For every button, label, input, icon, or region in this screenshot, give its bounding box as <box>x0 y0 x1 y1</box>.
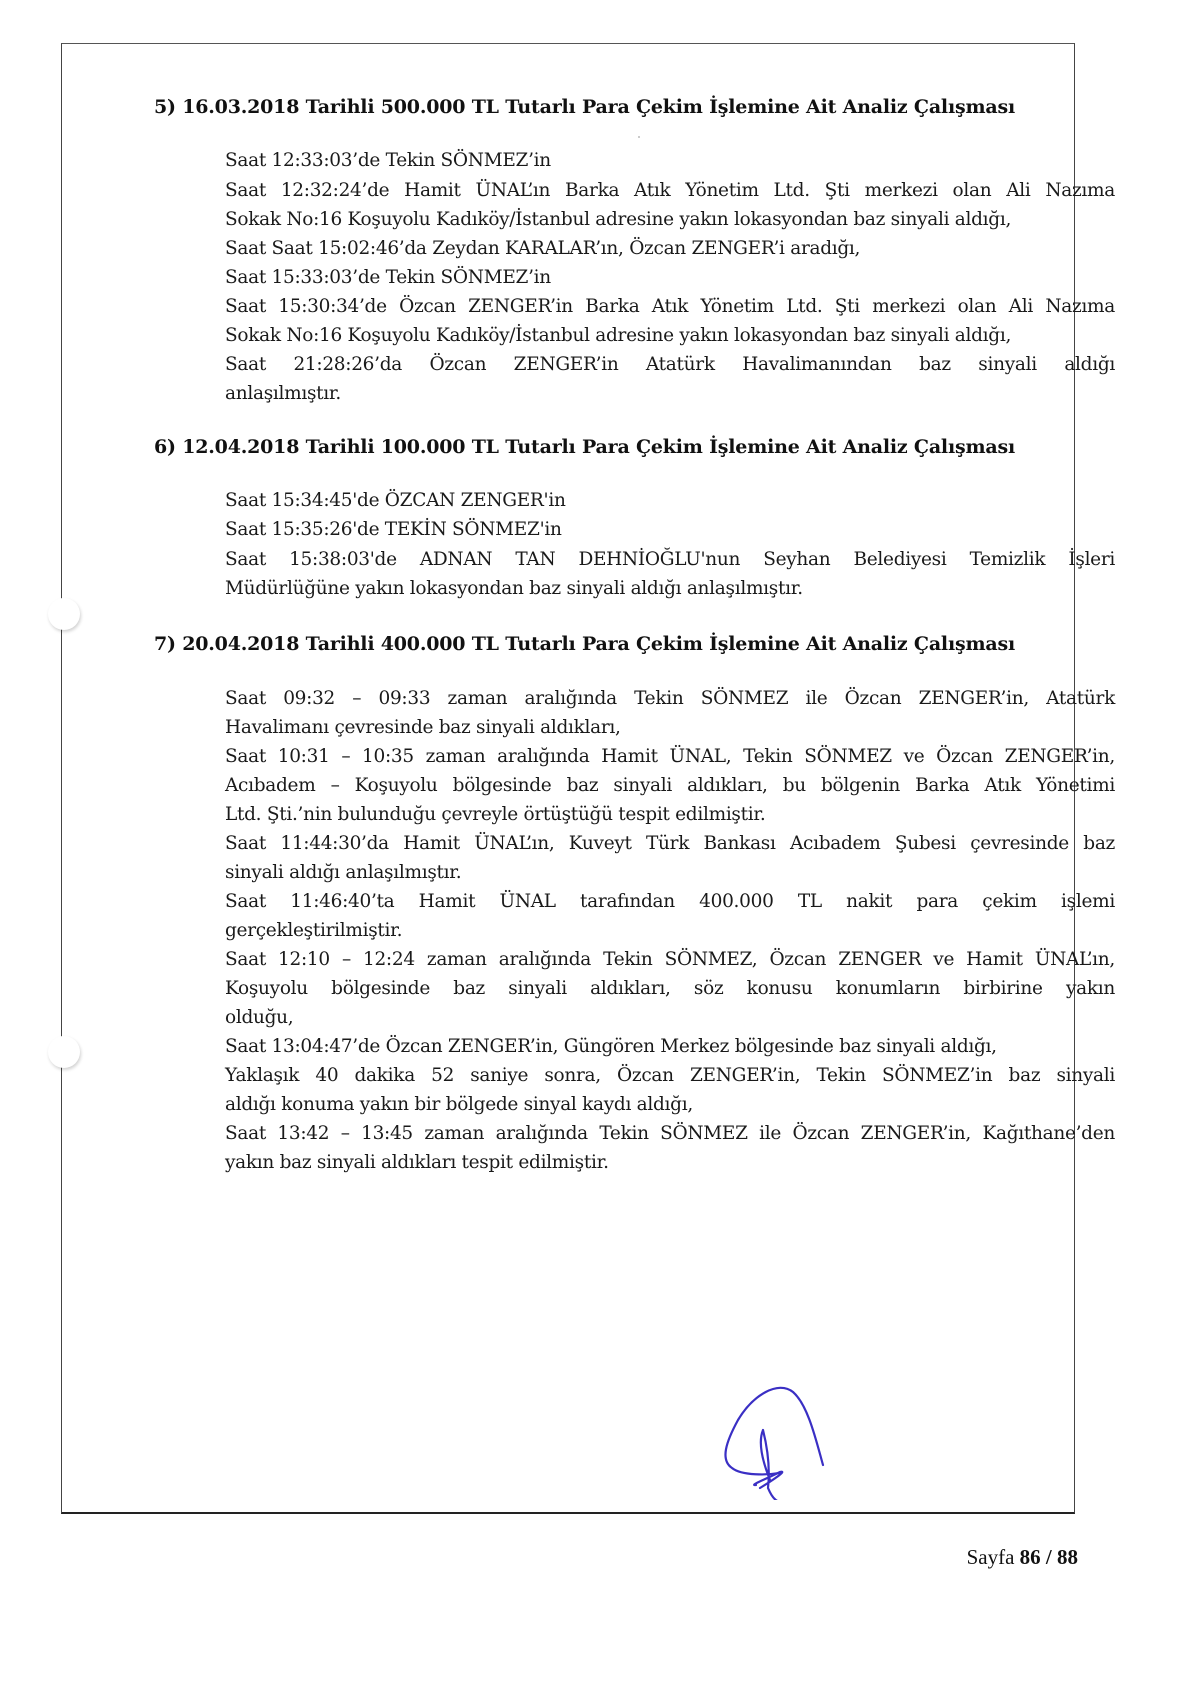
body-line: Müdürlüğüne yakın lokasyondan baz sinyal… <box>225 578 1115 599</box>
body-line: Saat 13:04:47’de Özcan ZENGER’in, Güngör… <box>225 1036 1115 1057</box>
body-line: Yaklaşık 40 dakika 52 saniye sonra, Özca… <box>225 1065 1115 1086</box>
body-line: Saat 15:38:03'de ADNAN TAN DEHNİOĞLU'nun… <box>225 549 1115 570</box>
body-line: aldığı konuma yakın bir bölgede sinyal k… <box>225 1094 1115 1115</box>
body-line: Saat 13:42 – 13:45 zaman aralığında Teki… <box>225 1123 1115 1144</box>
section-heading-5: 5) 16.03.2018 Tarihli 500.000 TL Tutarlı… <box>154 96 1015 118</box>
body-line: Saat 12:10 – 12:24 zaman aralığında Teki… <box>225 949 1115 970</box>
body-line: olduğu, <box>225 1007 1115 1028</box>
body-line: Ltd. Şti.’nin bulunduğu çevreyle örtüştü… <box>225 804 1115 825</box>
body-line: sinyali aldığı anlaşılmıştır. <box>225 862 1115 883</box>
body-line: Sokak No:16 Koşuyolu Kadıköy/İstanbul ad… <box>225 209 1115 230</box>
body-line: Havalimanı çevresinde baz sinyali aldıkl… <box>225 717 1115 738</box>
page-separator: / <box>1046 1545 1052 1569</box>
body-line: Saat 15:35:26'de TEKİN SÖNMEZ'in <box>225 519 1115 540</box>
body-line: gerçekleştirilmiştir. <box>225 920 1115 941</box>
page-number-footer: Sayfa 86 / 88 <box>967 1545 1078 1570</box>
body-line: anlaşılmıştır. <box>225 383 1115 404</box>
body-line: Saat Saat 15:02:46’da Zeydan KARALAR’ın,… <box>225 238 1115 259</box>
section-heading-7: 7) 20.04.2018 Tarihli 400.000 TL Tutarlı… <box>154 633 1015 655</box>
body-line: Saat 15:34:45'de ÖZCAN ZENGER'in <box>225 490 1115 511</box>
body-line: Sokak No:16 Koşuyolu Kadıköy/İstanbul ad… <box>225 325 1115 346</box>
body-line: Saat 15:30:34’de Özcan ZENGER’in Barka A… <box>225 296 1115 317</box>
body-line: Saat 10:31 – 10:35 zaman aralığında Hami… <box>225 746 1115 767</box>
body-line: Koşuyolu bölgesinde baz sinyali aldıklar… <box>225 978 1115 999</box>
current-page-number: 86 <box>1020 1545 1041 1569</box>
punch-hole <box>48 1036 80 1068</box>
scan-speck <box>638 136 640 138</box>
body-line: Saat 21:28:26’da Özcan ZENGER’in Atatürk… <box>225 354 1115 375</box>
punch-hole <box>48 598 80 630</box>
signature-icon <box>718 1370 858 1500</box>
body-line: Saat 12:32:24’de Hamit ÜNAL’ın Barka Atı… <box>225 180 1115 201</box>
body-line: Saat 09:32 – 09:33 zaman aralığında Teki… <box>225 688 1115 709</box>
total-pages-number: 88 <box>1057 1545 1078 1569</box>
body-line: Saat 11:44:30’da Hamit ÜNAL’ın, Kuveyt T… <box>225 833 1115 854</box>
body-line: Acıbadem – Koşuyolu bölgesinde baz sinya… <box>225 775 1115 796</box>
body-line: Saat 12:33:03’de Tekin SÖNMEZ’in <box>225 150 1115 171</box>
body-line: Saat 11:46:40’ta Hamit ÜNAL tarafından 4… <box>225 891 1115 912</box>
section-heading-6: 6) 12.04.2018 Tarihli 100.000 TL Tutarlı… <box>154 436 1015 458</box>
footer-label: Sayfa <box>967 1545 1015 1569</box>
body-line: Saat 15:33:03’de Tekin SÖNMEZ’in <box>225 267 1115 288</box>
body-line: yakın baz sinyali aldıkları tespit edilm… <box>225 1152 1115 1173</box>
